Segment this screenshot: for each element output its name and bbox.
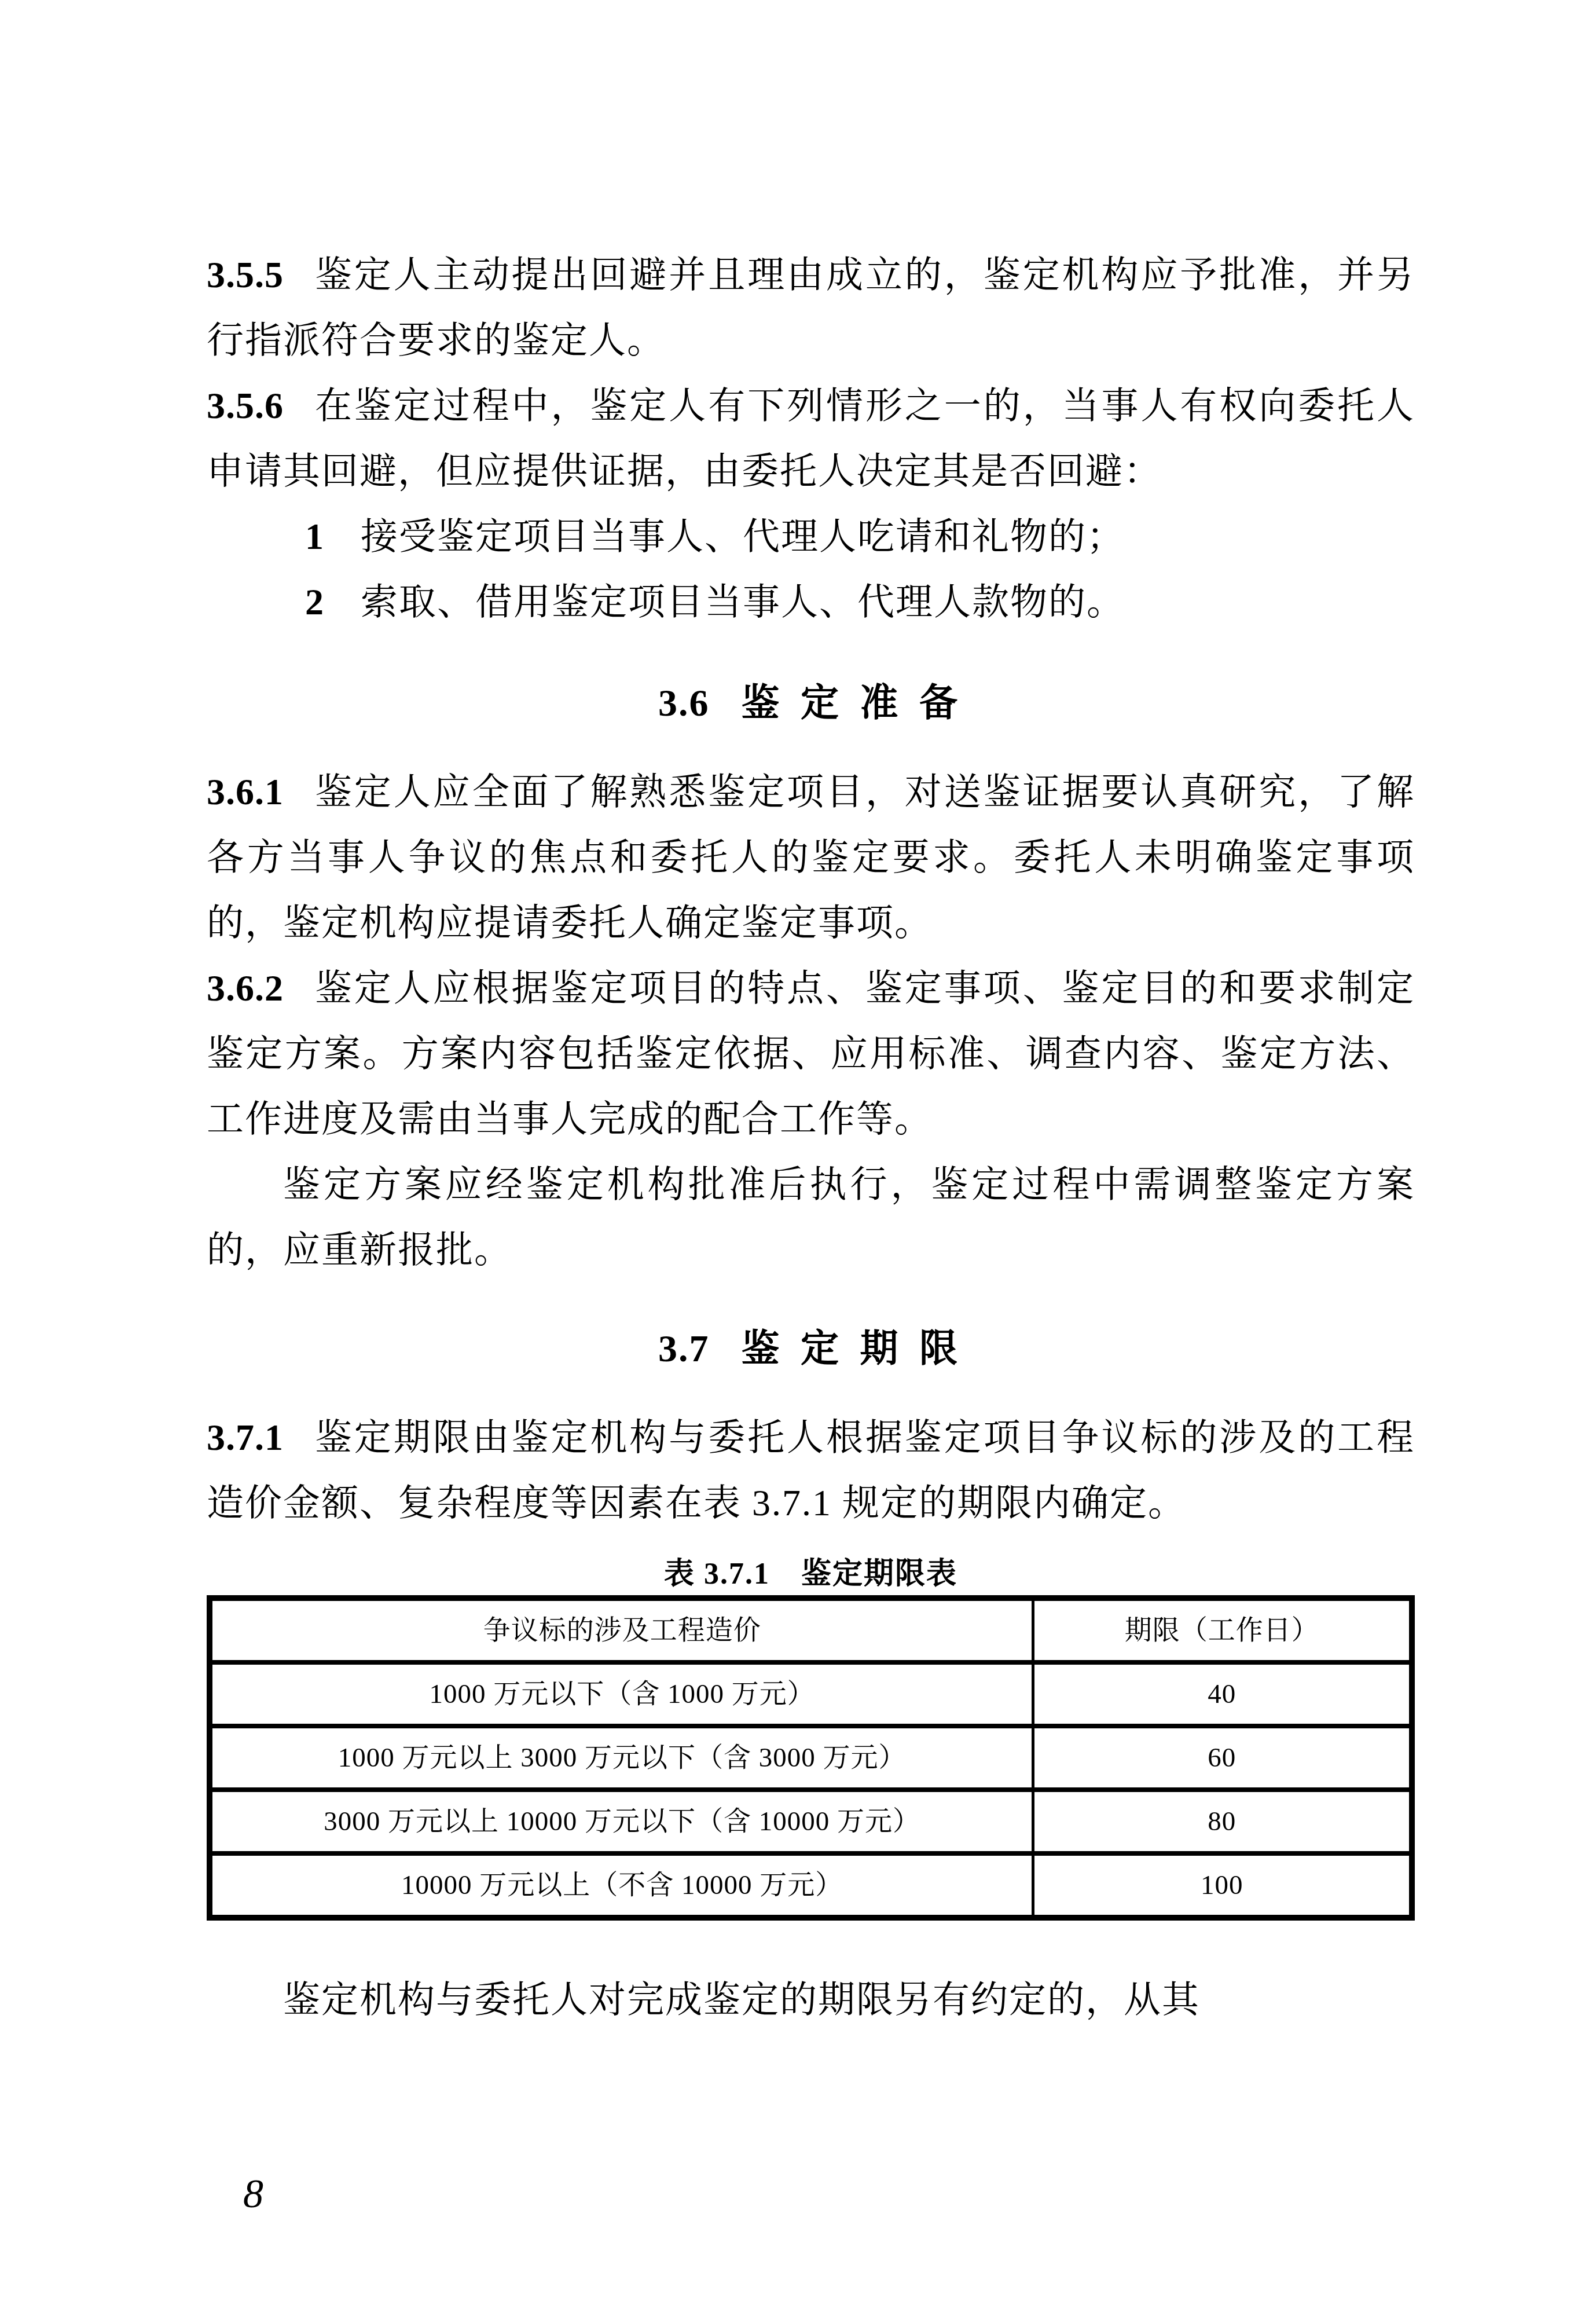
cell-days: 40 [1033,1662,1412,1726]
cell-days: 60 [1033,1726,1412,1790]
clause-3-7-1: 3.7.1鉴定期限由鉴定机构与委托人根据鉴定项目争议标的涉及的工程造价金额、复杂… [207,1405,1415,1536]
document-page: 3.5.5鉴定人主动提出回避并且理由成立的，鉴定机构应予批准，并另行指派符合要求… [0,0,1596,2312]
table-row: 3000 万元以上 10000 万元以下（含 10000 万元） 80 [210,1790,1412,1853]
table-row: 10000 万元以上（不含 10000 万元） 100 [210,1853,1412,1918]
paragraph-continuation: 鉴定机构与委托人对完成鉴定的期限另有约定的，从其 [207,1967,1415,2032]
clause-number: 3.6.2 [207,968,284,1009]
section-heading-3-7: 3.7鉴 定 期 限 [207,1316,1415,1382]
paragraph-3-6-2-continued: 鉴定方案应经鉴定机构批准后执行，鉴定过程中需调整鉴定方案的，应重新报批。 [207,1152,1415,1283]
list-item-number: 1 [305,516,325,557]
clause-3-6-2: 3.6.2鉴定人应根据鉴定项目的特点、鉴定事项、鉴定目的和要求制定鉴定方案。方案… [207,955,1415,1152]
section-title: 鉴 定 准 备 [742,682,964,724]
table-row: 1000 万元以下（含 1000 万元） 40 [210,1662,1412,1726]
clause-text: 鉴定人应根据鉴定项目的特点、鉴定事项、鉴定目的和要求制定鉴定方案。方案内容包括鉴… [207,968,1415,1139]
list-item-text: 索取、借用鉴定项目当事人、代理人款物的。 [361,581,1125,622]
table-header-row: 争议标的涉及工程造价 期限（工作日） [210,1598,1412,1662]
list-item-1: 1接受鉴定项目当事人、代理人吃请和礼物的； [207,504,1415,569]
clause-number: 3.5.5 [207,254,284,295]
clause-number: 3.6.1 [207,771,284,812]
cell-days: 80 [1033,1790,1412,1853]
table-row: 1000 万元以上 3000 万元以下（含 3000 万元） 60 [210,1726,1412,1790]
table-caption: 表 3.7.1 鉴定期限表 [207,1553,1415,1595]
page-number: 8 [243,2171,263,2218]
clause-number: 3.7.1 [207,1417,284,1458]
section-title: 鉴 定 期 限 [742,1328,964,1370]
list-item-2: 2索取、借用鉴定项目当事人、代理人款物的。 [207,569,1415,635]
clause-3-6-1: 3.6.1鉴定人应全面了解熟悉鉴定项目，对送鉴证据要认真研究，了解各方当事人争议… [207,759,1415,955]
clause-text: 鉴定人主动提出回避并且理由成立的，鉴定机构应予批准，并另行指派符合要求的鉴定人。 [207,254,1415,361]
cell-days: 100 [1033,1853,1412,1918]
cell-cost-range: 10000 万元以上（不含 10000 万元） [210,1853,1033,1918]
clause-text: 在鉴定过程中，鉴定人有下列情形之一的，当事人有权向委托人申请其回避，但应提供证据… [207,385,1415,492]
clause-3-5-6: 3.5.6在鉴定过程中，鉴定人有下列情形之一的，当事人有权向委托人申请其回避，但… [207,373,1415,504]
column-header-time-limit: 期限（工作日） [1033,1598,1412,1662]
section-number: 3.6 [658,682,710,724]
section-number: 3.7 [658,1328,710,1370]
list-item-number: 2 [305,581,325,622]
list-item-text: 接受鉴定项目当事人、代理人吃请和礼物的； [361,516,1125,557]
cell-cost-range: 1000 万元以上 3000 万元以下（含 3000 万元） [210,1726,1033,1790]
appraisal-time-limit-table: 争议标的涉及工程造价 期限（工作日） 1000 万元以下（含 1000 万元） … [207,1595,1415,1921]
column-header-disputed-cost: 争议标的涉及工程造价 [210,1598,1033,1662]
clause-number: 3.5.6 [207,385,284,426]
clause-text: 鉴定人应全面了解熟悉鉴定项目，对送鉴证据要认真研究，了解各方当事人争议的焦点和委… [207,771,1415,943]
clause-text: 鉴定期限由鉴定机构与委托人根据鉴定项目争议标的涉及的工程造价金额、复杂程度等因素… [207,1417,1415,1523]
section-heading-3-6: 3.6鉴 定 准 备 [207,670,1415,736]
clause-3-5-5: 3.5.5鉴定人主动提出回避并且理由成立的，鉴定机构应予批准，并另行指派符合要求… [207,242,1415,373]
cell-cost-range: 1000 万元以下（含 1000 万元） [210,1662,1033,1726]
page-content: 3.5.5鉴定人主动提出回避并且理由成立的，鉴定机构应予批准，并另行指派符合要求… [207,242,1415,2032]
cell-cost-range: 3000 万元以上 10000 万元以下（含 10000 万元） [210,1790,1033,1853]
